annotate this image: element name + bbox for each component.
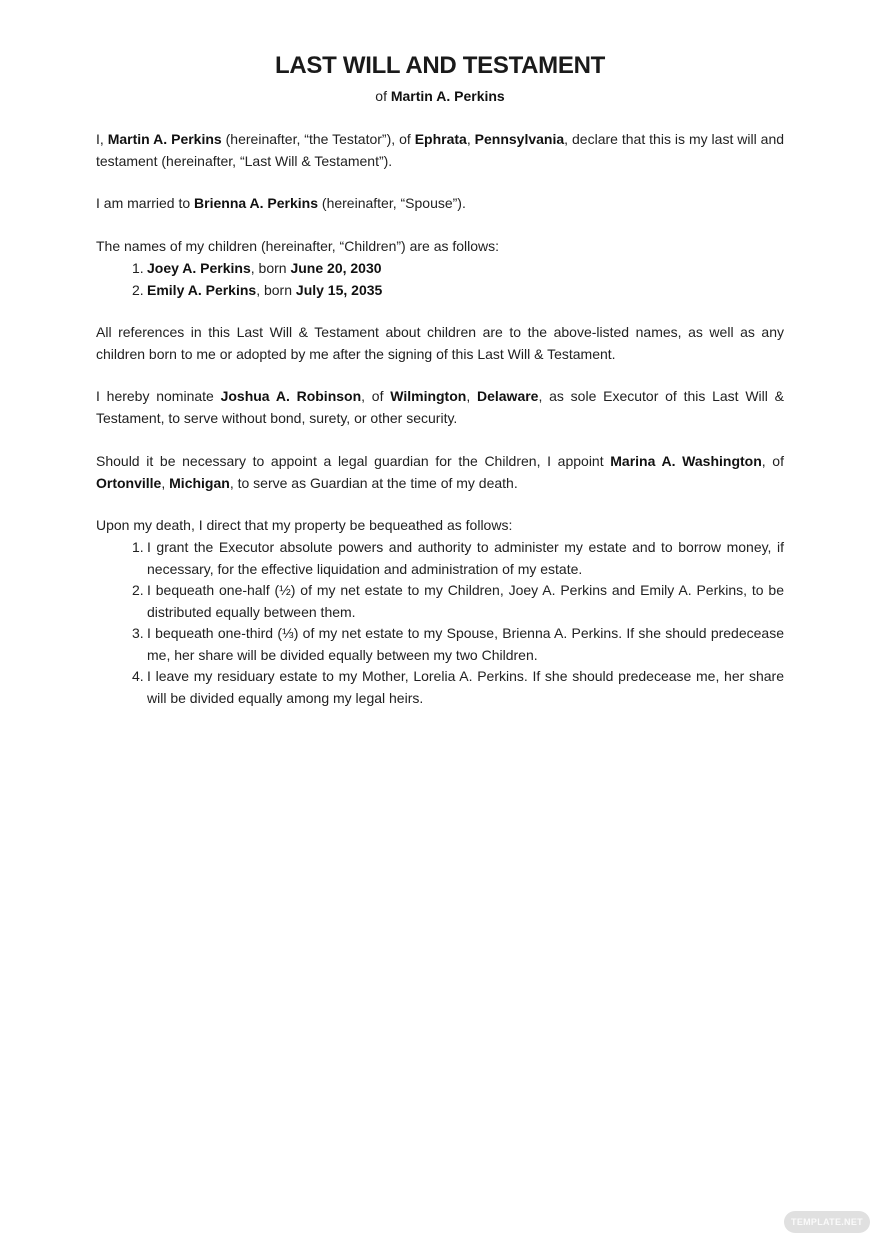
intro-paragraph: I, Martin A. Perkins (hereinafter, “the … [96, 129, 784, 172]
list-item: 3.I bequeath one-third (⅓) of my net est… [96, 623, 784, 666]
list-item: 1.Joey A. Perkins, born June 20, 2030 [96, 258, 784, 280]
property-intro: Upon my death, I direct that my property… [96, 515, 784, 537]
executor-paragraph: I hereby nominate Joshua A. Robinson, of… [96, 386, 784, 429]
watermark-badge: TEMPLATE.NET [784, 1211, 870, 1233]
document-title: LAST WILL AND TESTAMENT [96, 52, 784, 80]
list-item: 1.I grant the Executor absolute powers a… [96, 537, 784, 580]
bequests-list: 1.I grant the Executor absolute powers a… [96, 537, 784, 709]
children-list: 1.Joey A. Perkins, born June 20, 2030 2.… [96, 258, 784, 301]
list-item: 2.I bequeath one-half (½) of my net esta… [96, 580, 784, 623]
document-subtitle: of Martin A. Perkins [96, 88, 784, 104]
guardian-paragraph: Should it be necessary to appoint a lega… [96, 451, 784, 494]
children-intro: The names of my children (hereinafter, “… [96, 236, 784, 258]
list-item: 4.I leave my residuary estate to my Moth… [96, 666, 784, 709]
testator-name: Martin A. Perkins [391, 88, 505, 104]
references-paragraph: All references in this Last Will & Testa… [96, 322, 784, 365]
married-paragraph: I am married to Brienna A. Perkins (here… [96, 193, 784, 215]
list-item: 2.Emily A. Perkins, born July 15, 2035 [96, 280, 784, 302]
